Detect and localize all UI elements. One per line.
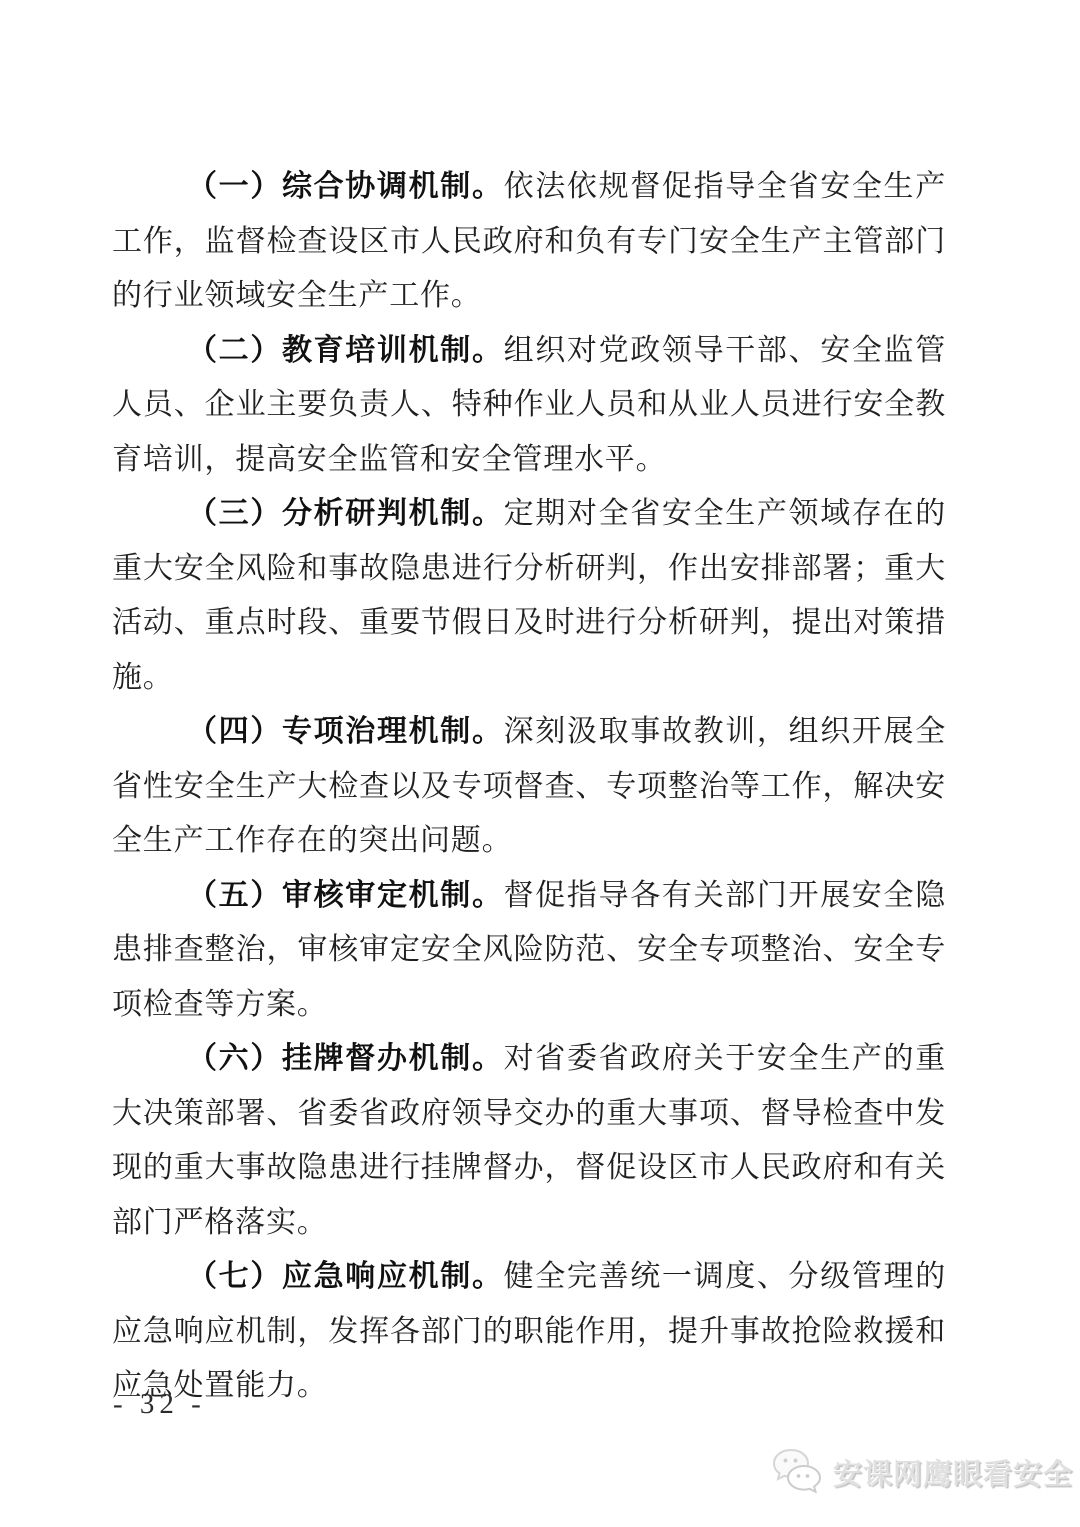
paragraph-6-heading: （六）挂牌督办机制。	[187, 1042, 504, 1075]
document-page: （一）综合协调机制。依法依规督促指导全省安全生产工作，监督检查设区市人民政府和负…	[0, 0, 1080, 1527]
paragraph-3-heading: （三）分析研判机制。	[187, 497, 504, 530]
paragraph-6: （六）挂牌督办机制。对省委省政府关于安全生产的重大决策部署、省委省政府领导交办的…	[112, 1032, 946, 1250]
paragraph-3: （三）分析研判机制。定期对全省安全生产领域存在的重大安全风险和事故隐患进行分析研…	[112, 487, 946, 705]
paragraph-1: （一）综合协调机制。依法依规督促指导全省安全生产工作，监督检查设区市人民政府和负…	[112, 160, 946, 324]
paragraph-1-heading: （一）综合协调机制。	[187, 170, 504, 203]
watermark-text: 安课网鹰眼看安全	[833, 1452, 1073, 1493]
page-number: - 32 -	[113, 1388, 206, 1421]
watermark: 安课网鹰眼看安全	[770, 1444, 1073, 1500]
document-body: （一）综合协调机制。依法依规督促指导全省安全生产工作，监督检查设区市人民政府和负…	[112, 160, 946, 1414]
paragraph-5: （五）审核审定机制。督促指导各有关部门开展安全隐患排查整治，审核审定安全风险防范…	[112, 869, 946, 1033]
paragraph-7: （七）应急响应机制。健全完善统一调度、分级管理的应急响应机制，发挥各部门的职能作…	[112, 1250, 946, 1414]
paragraph-2-heading: （二）教育培训机制。	[187, 334, 504, 367]
paragraph-2: （二）教育培训机制。组织对党政领导干部、安全监管人员、企业主要负责人、特种作业人…	[112, 324, 946, 488]
paragraph-7-heading: （七）应急响应机制。	[187, 1260, 504, 1293]
paragraph-5-heading: （五）审核审定机制。	[187, 879, 504, 912]
paragraph-4-heading: （四）专项治理机制。	[187, 715, 504, 748]
wechat-icon	[770, 1446, 826, 1498]
paragraph-4: （四）专项治理机制。深刻汲取事故教训，组织开展全省性安全生产大检查以及专项督查、…	[112, 705, 946, 869]
